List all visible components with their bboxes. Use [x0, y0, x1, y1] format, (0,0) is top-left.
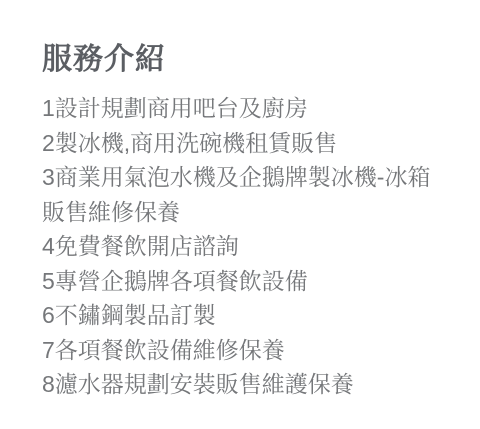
- service-item: 7各項餐飲設備維修保養: [42, 333, 449, 368]
- service-list: 1設計規劃商用吧台及廚房 2製冰機,商用洗碗機租賃販售 3商業用氣泡水機及企鵝牌…: [42, 91, 449, 402]
- service-item: 4免費餐飲開店諮詢: [42, 229, 449, 264]
- page-title: 服務介紹: [42, 44, 449, 76]
- service-item: 1設計規劃商用吧台及廚房: [42, 91, 449, 126]
- service-item: 3商業用氣泡水機及企鵝牌製冰機-冰箱販售維修保養: [42, 160, 449, 229]
- service-item: 6不鏽鋼製品訂製: [42, 298, 449, 333]
- service-item: 8濾水器規劃安裝販售維護保養: [42, 367, 449, 402]
- services-section: 服務介紹 1設計規劃商用吧台及廚房 2製冰機,商用洗碗機租賃販售 3商業用氣泡水…: [0, 0, 480, 402]
- service-item: 2製冰機,商用洗碗機租賃販售: [42, 126, 449, 161]
- service-item: 5專營企鵝牌各項餐飲設備: [42, 264, 449, 299]
